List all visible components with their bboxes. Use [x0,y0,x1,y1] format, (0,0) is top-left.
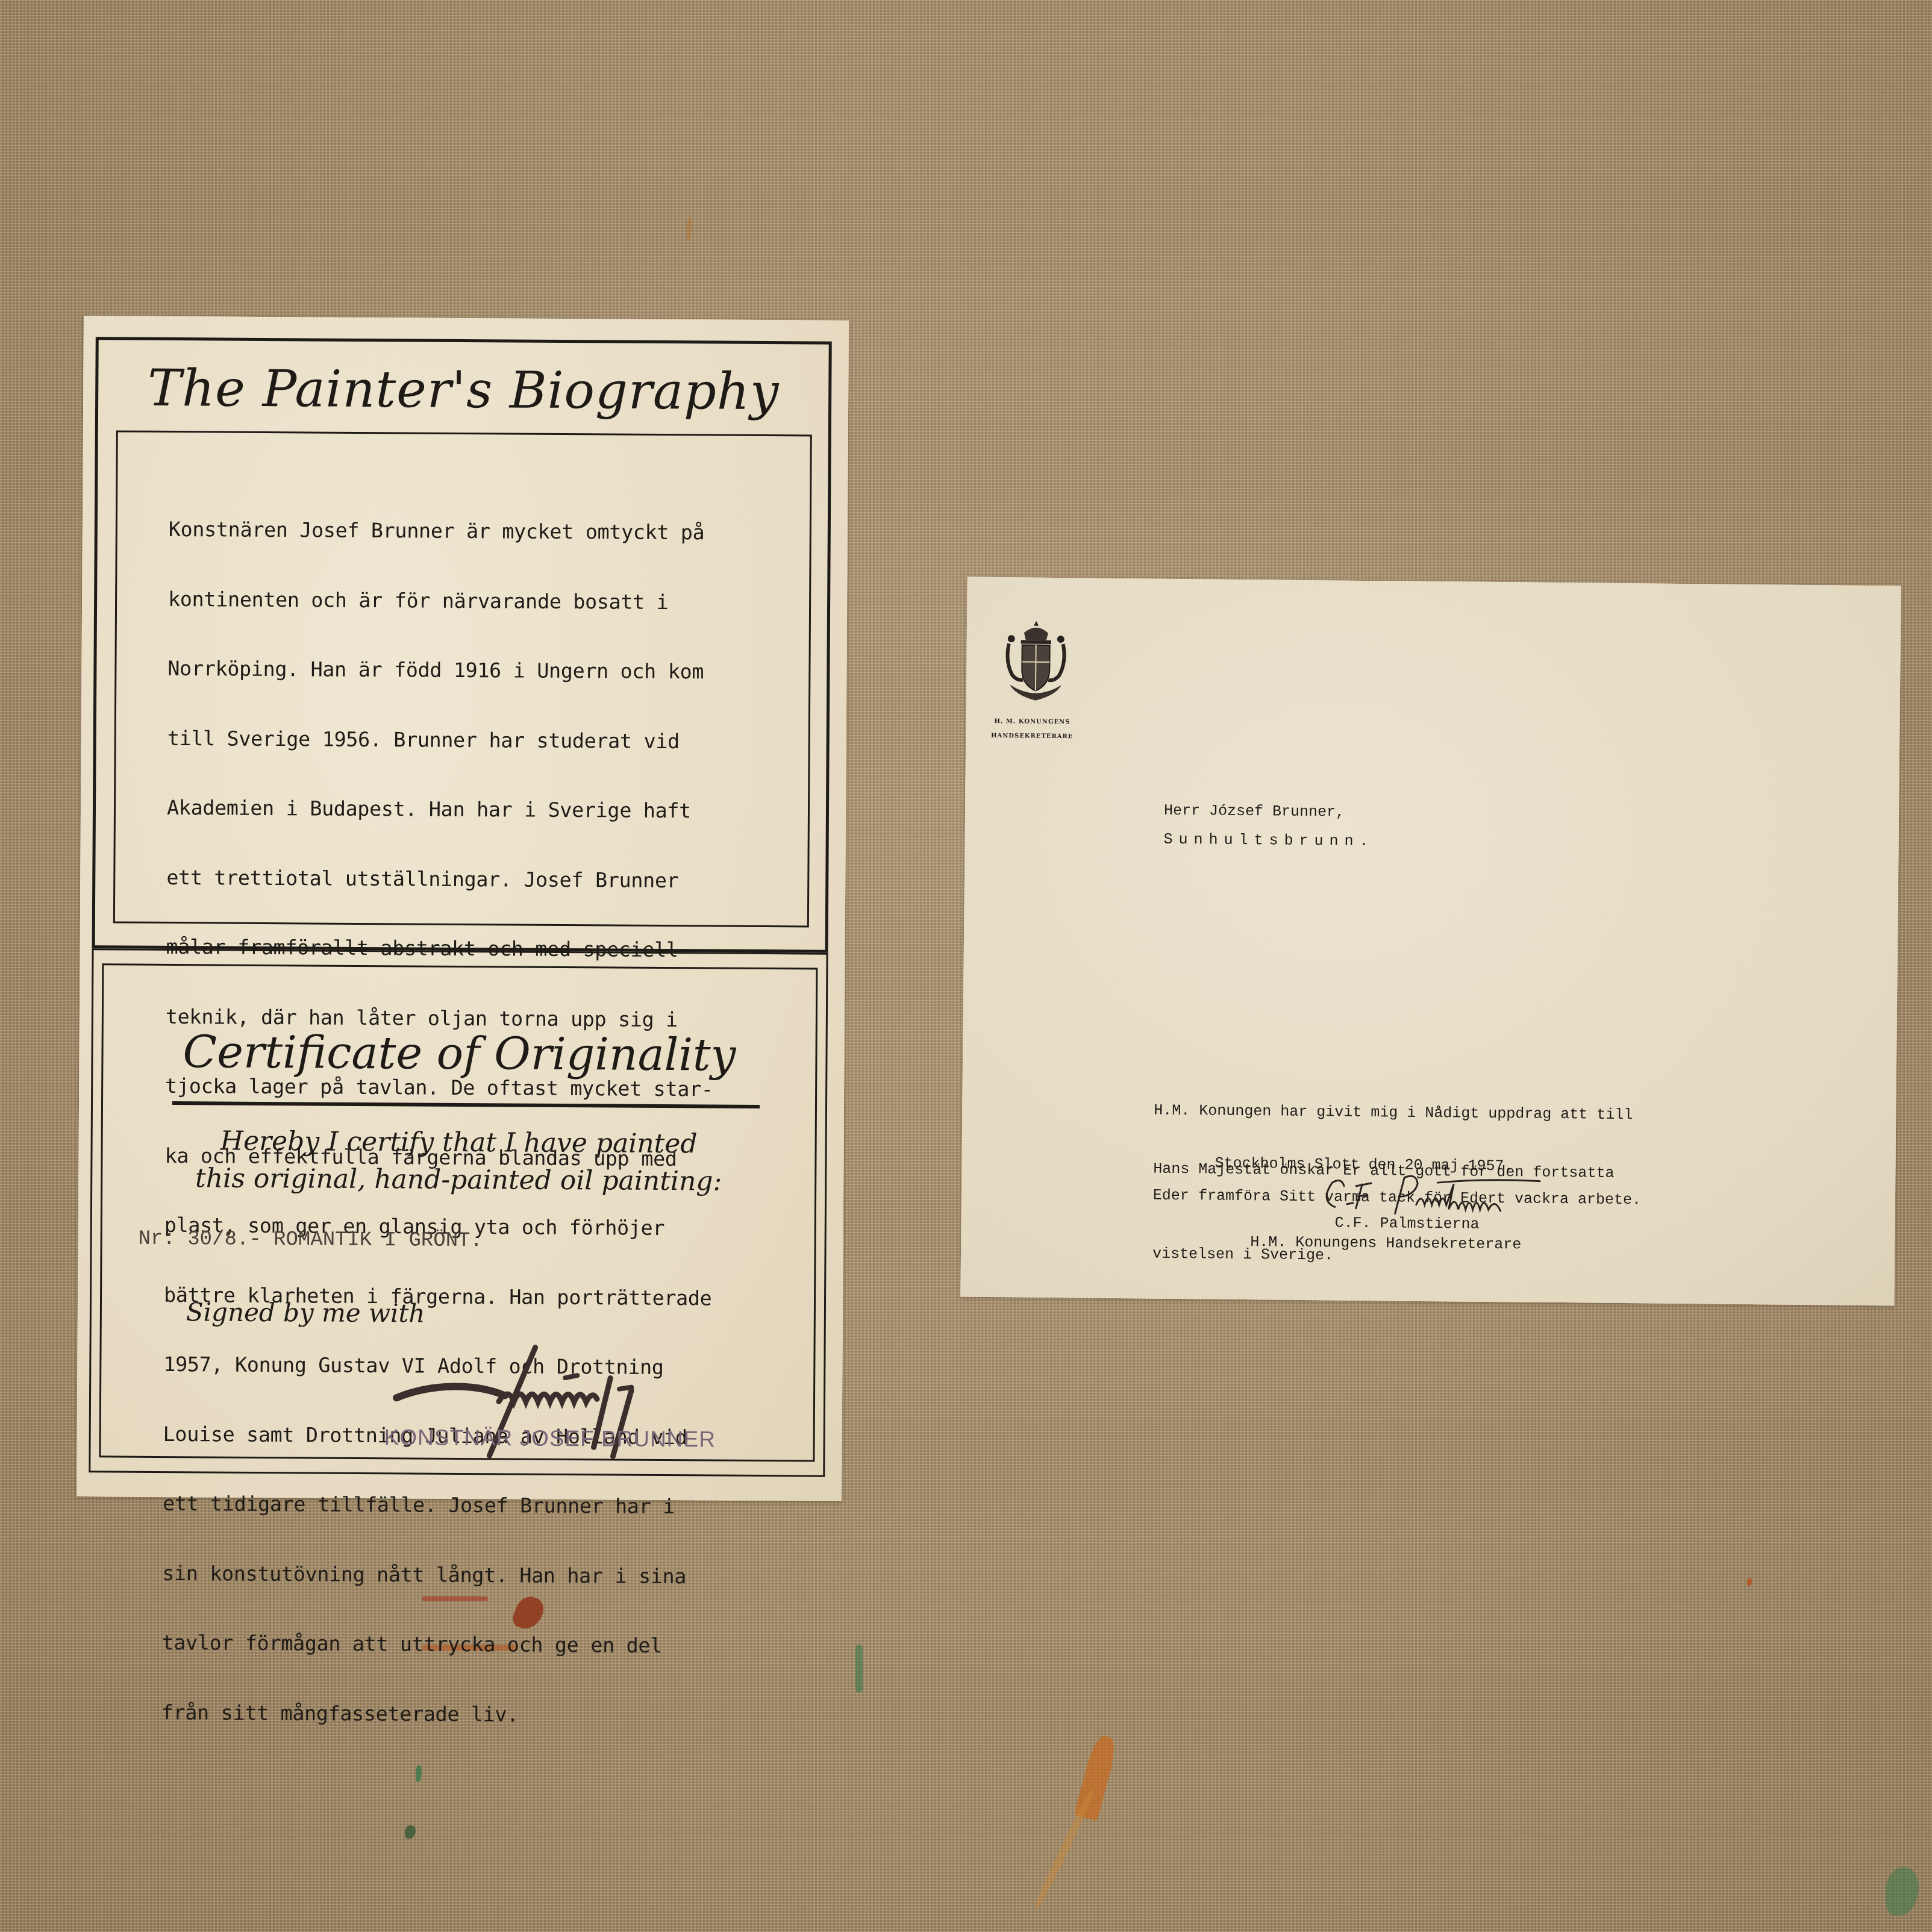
biography-line: Konstnären Josef Brunner är mycket omtyc… [169,518,789,545]
biography-inner-frame: Konstnären Josef Brunner är mycket omtyc… [113,430,812,927]
signed-label: Signed by me with [186,1297,425,1328]
letterhead-line: H. M. KONUNGENS [990,714,1074,730]
biography-line: ett trettiotal utställningar. Josef Brun… [166,866,787,893]
certificate-frame: Certificate of Originality Hereby I cert… [89,948,828,1477]
artist-name-stamp: KONSTNÄR JOSEF BRUNNER [384,1425,716,1452]
signatory-title: H.M. Konungens Handsekreterare [1250,1233,1521,1253]
biography-line: ett tidigare tillfälle. Josef Brunner ha… [163,1492,783,1519]
signatory-name: C.F. Palmstierna [1334,1214,1479,1233]
address-city: Sunhultsbrunn. [1163,831,1374,850]
biography-line: Norrköping. Han är född 1916 i Ungern oc… [167,657,788,684]
letterhead-line: HANDSEKRETERARE [990,729,1074,744]
certificate-divider [172,1101,760,1108]
addressee: Herr József Brunner, [1164,802,1345,821]
painting-number-line: Nr: 30/8.- ROMANTIK I GRÖNT. [139,1228,483,1252]
biography-line: till Sverige 1956. Brunner har studerat … [167,727,788,754]
certificate-statement-line: Hereby I certify that I have painted [102,1122,814,1163]
biography-line: sin konstutövning nått långt. Han har i … [162,1562,783,1589]
paint-splatter [687,217,692,241]
biography-certificate-label: The Painter's Biography Konstnären Josef… [77,316,849,1501]
certificate-statement-line: this original, hand-painted oil painting… [102,1159,814,1201]
paint-splatter [1033,1787,1096,1911]
royal-letter: H. M. KONUNGENS HANDSEKRETERARE Herr Józ… [960,577,1901,1306]
paint-splatter [405,1825,416,1839]
certificate-statement: Hereby I certify that I have painted thi… [102,1122,815,1201]
letterhead-caption: H. M. KONUNGENS HANDSEKRETERARE [990,714,1074,744]
painting-number-label: Nr: [139,1228,175,1251]
royal-coat-of-arms-icon [1002,619,1069,704]
paint-splatter [1747,1578,1752,1586]
painting-number: 30/8.- [187,1228,261,1251]
biography-frame: The Painter's Biography Konstnären Josef… [92,337,832,952]
paint-splatter [1886,1868,1919,1916]
biography-title: The Painter's Biography [98,358,829,421]
biography-line: från sitt mångfasseterade liv. [161,1701,782,1728]
paint-splatter [855,1645,863,1693]
painting-title: ROMANTIK I GRÖNT. [274,1228,483,1252]
certificate-title: Certificate of Originality [103,1025,816,1081]
certificate-inner-frame: Certificate of Originality Hereby I cert… [99,963,818,1462]
biography-line: kontinenten och är för närvarande bosatt… [168,588,789,615]
biography-line: Akademien i Budapest. Han har i Sverige … [167,796,787,824]
biography-line: tavlor förmågan att uttrycka och ge en d… [161,1631,782,1658]
